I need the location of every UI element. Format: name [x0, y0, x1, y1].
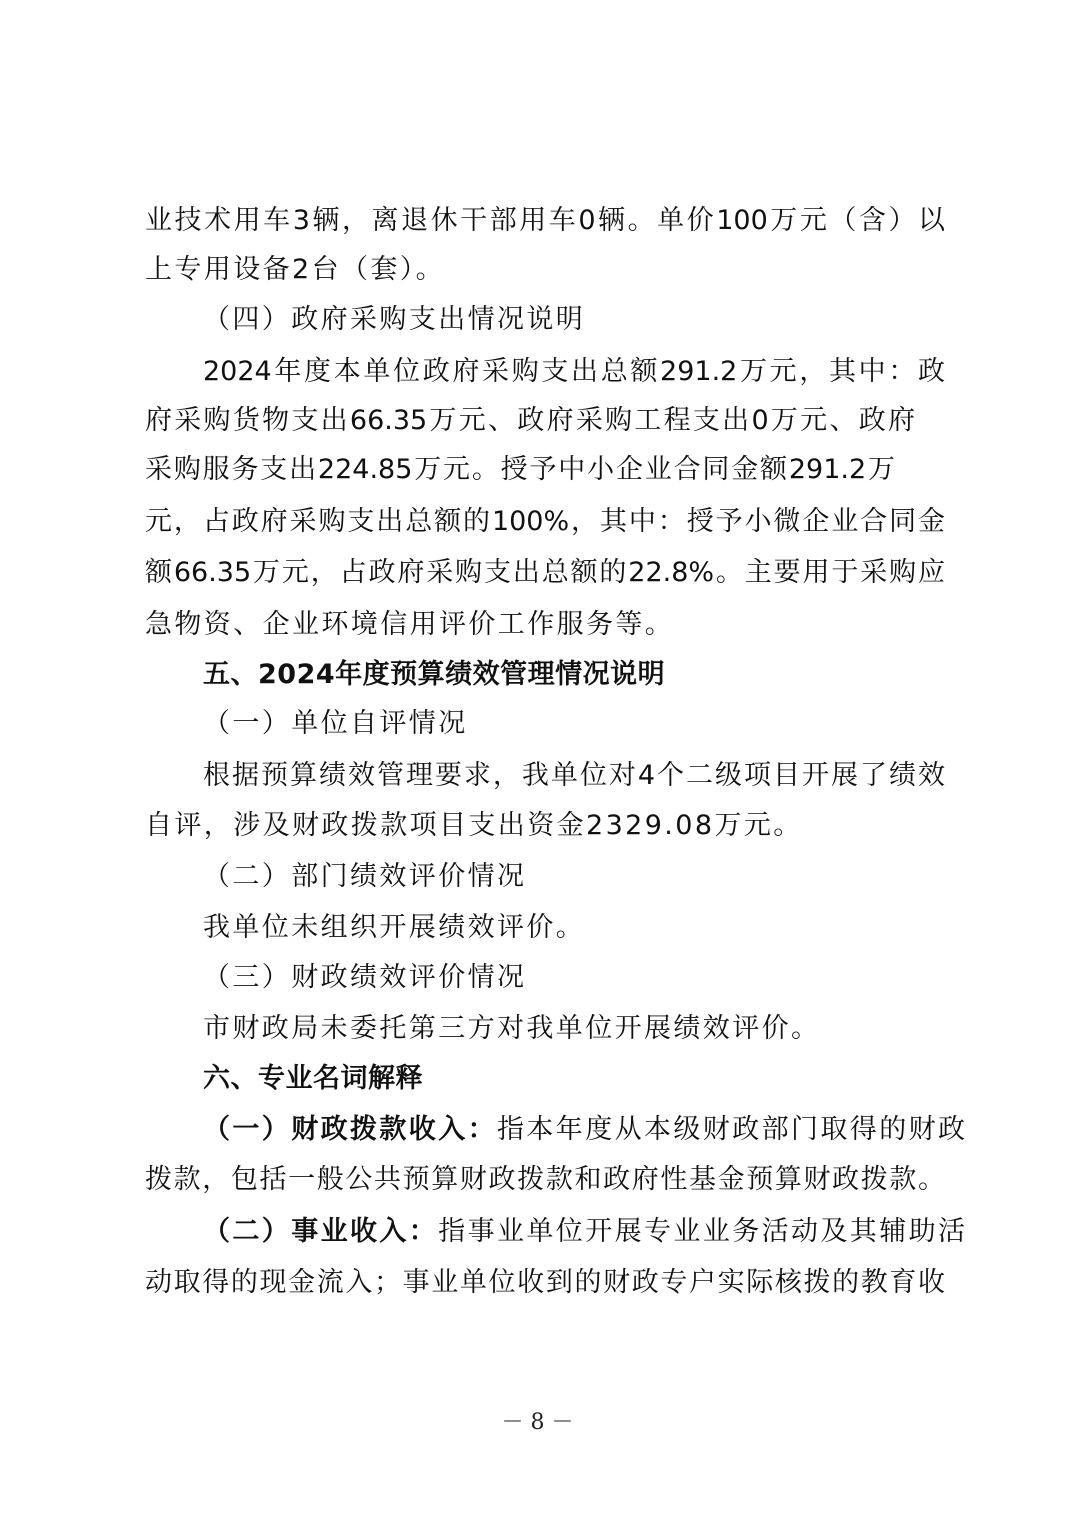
page-number: － 8 －: [0, 1405, 1075, 1436]
body-line: 根据预算绩效管理要求，我单位对4个二级项目开展了绩效: [203, 756, 945, 796]
subheading-self-evaluation: （一）单位自评情况: [203, 704, 945, 744]
body-line: 动取得的现金流入；事业单位收到的财政专户实际核拨的教育收: [145, 1263, 945, 1303]
body-line: 我单位未组织开展绩效评价。: [203, 908, 945, 948]
subheading-finance-evaluation: （三）财政绩效评价情况: [203, 958, 945, 998]
body-line: 上专用设备2台（套）。: [145, 250, 945, 290]
term-definition: 指本年度从本级财政部门取得的财政: [497, 1114, 967, 1145]
term-line: （一）财政拨款收入：指本年度从本级财政部门取得的财政: [203, 1110, 945, 1150]
term-fiscal-appropriation: （一）财政拨款收入：: [203, 1114, 497, 1145]
body-line: 急物资、企业环境信用评价工作服务等。: [145, 605, 945, 645]
body-line: 2024年度本单位政府采购支出总额291.2万元，其中：政: [203, 352, 945, 392]
body-line: 元，占政府采购支出总额的100%，其中：授予小微企业合同金: [145, 502, 945, 542]
body-line: 府采购货物支出66.35万元、政府采购工程支出0万元、政府: [145, 401, 915, 441]
body-line: 自评，涉及财政拨款项目支出资金2329.08万元。: [145, 806, 945, 846]
term-line: （二）事业收入：指事业单位开展专业业务活动及其辅助活: [203, 1212, 945, 1252]
subheading-procurement: （四）政府采购支出情况说明: [203, 300, 945, 340]
body-line: 额66.35万元，占政府采购支出总额的22.8%。主要用于采购应: [145, 553, 945, 593]
subheading-department-evaluation: （二）部门绩效评价情况: [203, 857, 945, 897]
heading-section-six: 六、专业名词解释: [203, 1059, 945, 1099]
body-line: 拨款，包括一般公共预算财政拨款和政府性基金预算财政拨款。: [145, 1160, 945, 1200]
body-line: 采购服务支出224.85万元。授予中小企业合同金额291.2万: [145, 450, 895, 490]
body-line: 业技术用车3辆，离退休干部用车0辆。单价100万元（含）以: [145, 201, 945, 241]
body-line: 市财政局未委托第三方对我单位开展绩效评价。: [203, 1009, 945, 1049]
heading-section-five: 五、2024年度预算绩效管理情况说明: [203, 655, 945, 695]
term-business-income: （二）事业收入：: [203, 1216, 438, 1247]
term-definition: 指事业单位开展专业业务活动及其辅助活: [438, 1216, 967, 1247]
